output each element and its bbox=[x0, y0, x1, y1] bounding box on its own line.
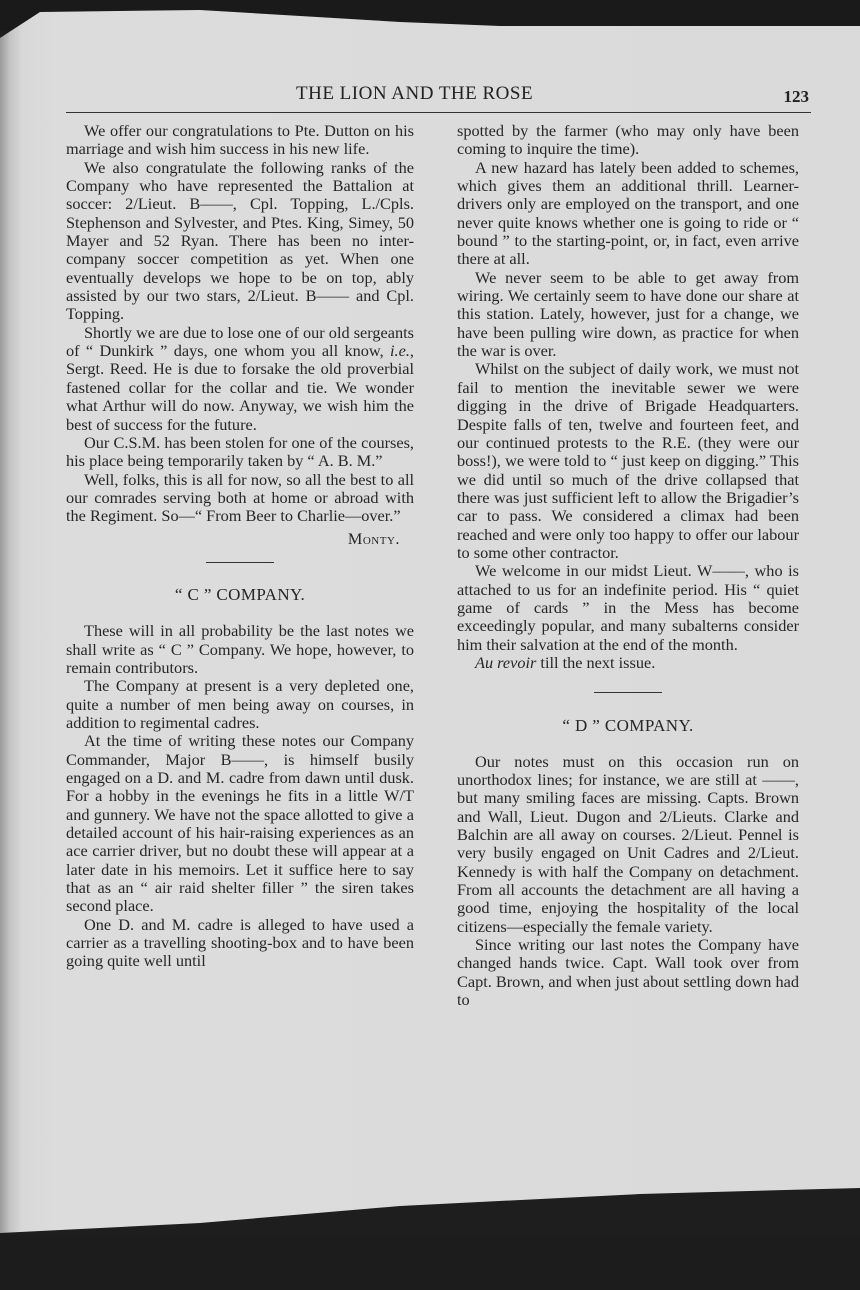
paragraph: These will in all probability be the las… bbox=[66, 622, 414, 677]
section-heading-c-company: “ C ” COMPANY. bbox=[66, 586, 414, 604]
right-column: spotted by the farmer (who may only have… bbox=[457, 122, 799, 1009]
paragraph-continuation: spotted by the farmer (who may only have… bbox=[457, 122, 799, 159]
paragraph: The Company at present is a very deplete… bbox=[66, 677, 414, 732]
paragraph: Whilst on the subject of daily work, we … bbox=[457, 360, 799, 562]
paragraph: One D. and M. cadre is alleged to have u… bbox=[66, 916, 414, 971]
paragraph: We never seem to be able to get away fro… bbox=[457, 269, 799, 361]
paragraph: Since writing our last notes the Company… bbox=[457, 936, 799, 1009]
paragraph: Our C.S.M. has been stolen for one of th… bbox=[66, 434, 414, 471]
paragraph: We welcome in our midst Lieut. W——, who … bbox=[457, 562, 799, 654]
paragraph: We also congratulate the following ranks… bbox=[66, 159, 414, 324]
paragraph: Our notes must on this occasion run on u… bbox=[457, 753, 799, 936]
running-title: THE LION AND THE ROSE bbox=[296, 83, 533, 105]
italic-text: i.e. bbox=[390, 341, 410, 360]
section-heading-d-company: “ D ” COMPANY. bbox=[457, 717, 799, 735]
closing-line: Au revoir till the next issue. bbox=[457, 654, 799, 672]
scan-background-bottom bbox=[0, 1235, 860, 1290]
paragraph: We offer our congratulations to Pte. Dut… bbox=[66, 122, 414, 159]
section-divider bbox=[206, 562, 274, 563]
running-header: THE LION AND THE ROSE 123 bbox=[66, 80, 811, 113]
paragraph-reed: Shortly we are due to lose one of our ol… bbox=[66, 324, 414, 434]
paragraph: Well, folks, this is all for now, so all… bbox=[66, 471, 414, 526]
paragraph: At the time of writing these notes our C… bbox=[66, 732, 414, 915]
left-column: We offer our congratulations to Pte. Dut… bbox=[66, 122, 414, 971]
text-run: till the next issue. bbox=[536, 653, 655, 672]
paragraph: A new hazard has lately been added to sc… bbox=[457, 159, 799, 269]
italic-text: Au revoir bbox=[475, 653, 536, 672]
page-number: 123 bbox=[784, 87, 810, 107]
text-run: Shortly we are due to lose one of our ol… bbox=[66, 323, 414, 360]
signature: Monty. bbox=[66, 530, 400, 548]
section-divider bbox=[594, 692, 662, 693]
